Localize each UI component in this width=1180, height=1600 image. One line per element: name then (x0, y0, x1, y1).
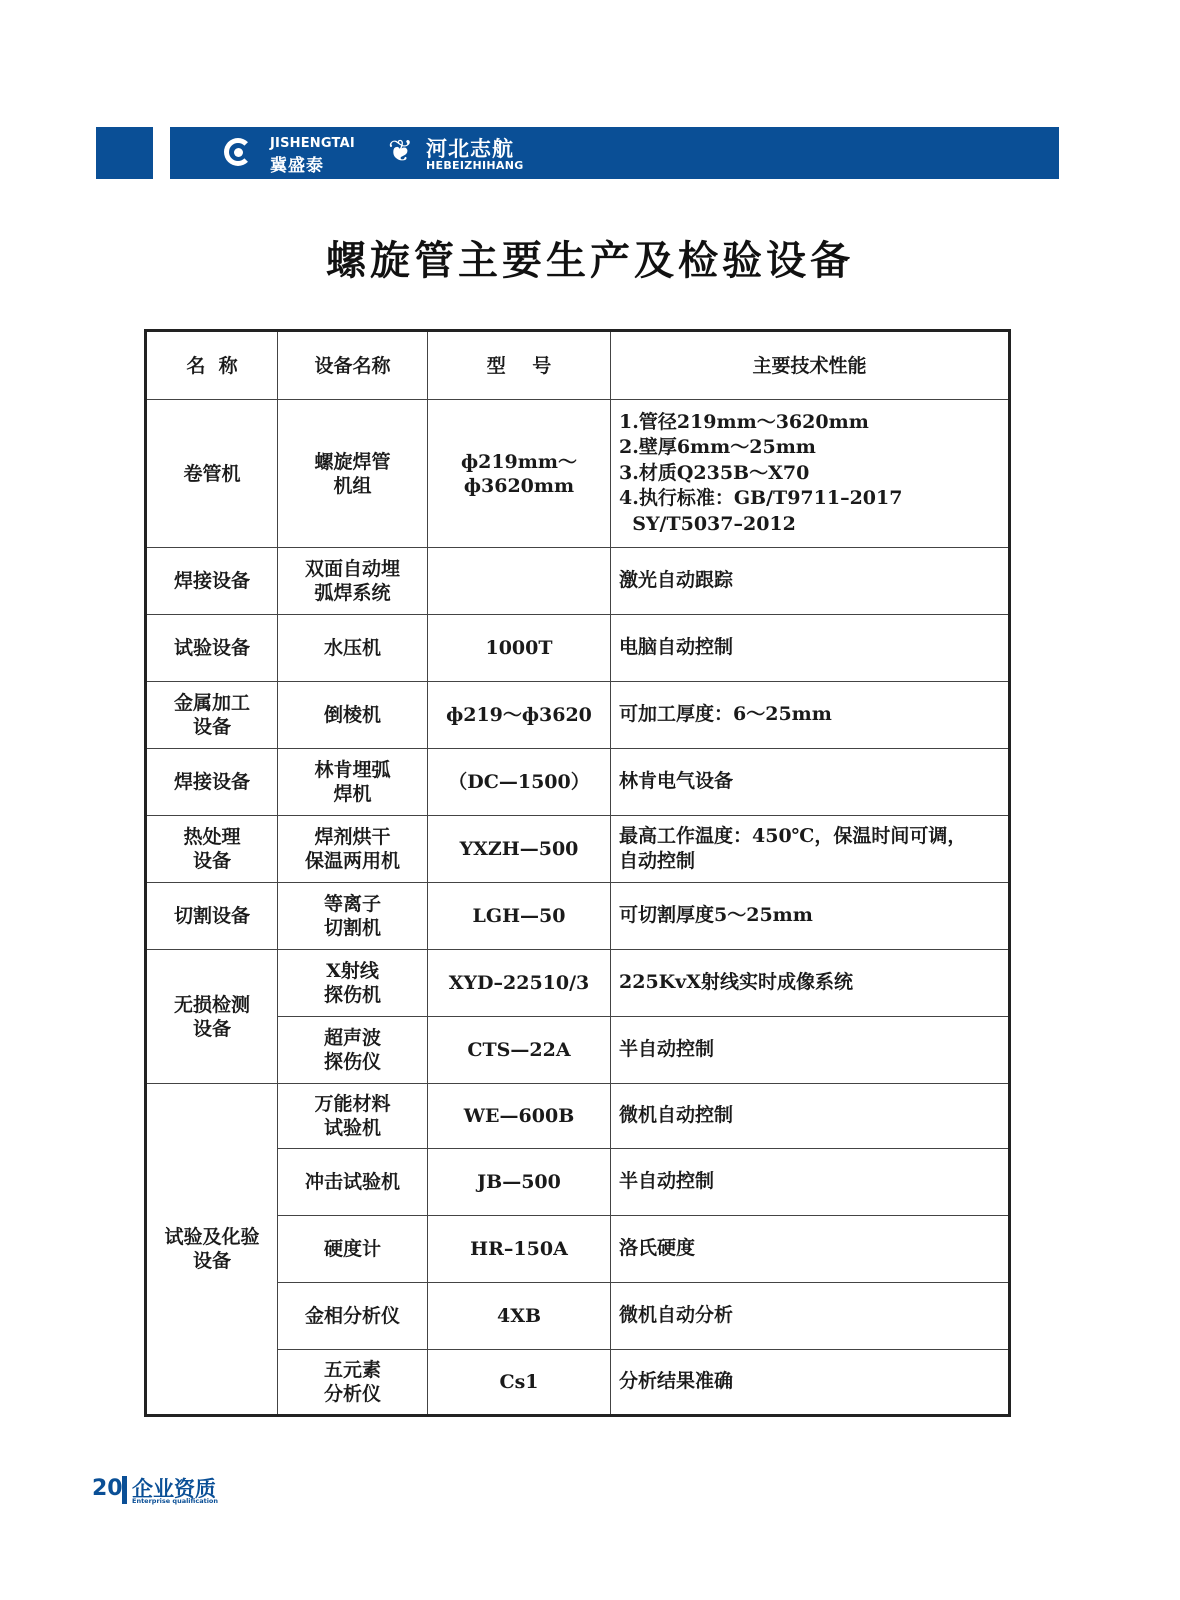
brand1-en: JISHENGTAI (270, 136, 355, 151)
spec-cell-line: 微机自动分析 (619, 1303, 1008, 1329)
model-cell-line: ф219mm～ (428, 450, 610, 474)
category-cell: 试验及化验 设备 (146, 1084, 278, 1416)
model-cell: JB—500 (428, 1149, 611, 1216)
table-row: 试验设备水压机1000T电脑自动控制 (146, 615, 1010, 682)
model-cell-line: JB—500 (428, 1170, 610, 1194)
equipment-cell-line: 水压机 (278, 636, 427, 660)
equipment-cell-line: 万能材料 (278, 1092, 427, 1116)
table-row: 金属加工 设备倒棱机ф219～ф3620可加工厚度：6～25mm (146, 682, 1010, 749)
page-title: 螺旋管主要生产及检验设备 (0, 229, 1180, 286)
brand1-cn: 冀盛泰 (270, 151, 324, 176)
spec-cell-line: 1.管径219mm～3620mm (619, 410, 1008, 436)
equipment-cell-line: 林肯埋弧 (278, 758, 427, 782)
equipment-cell: 倒棱机 (278, 682, 428, 749)
jishengtai-logo: JISHENGTAI 冀盛泰 (224, 135, 364, 171)
table-row: 切割设备等离子切割机LGH—50可切割厚度5～25mm (146, 883, 1010, 950)
category-cell: 焊接设备 (146, 548, 278, 615)
model-cell: ф219～ф3620 (428, 682, 611, 749)
spec-cell: 微机自动控制 (611, 1084, 1010, 1149)
equipment-cell: 超声波探伤仪 (278, 1017, 428, 1084)
footer-divider (122, 1476, 127, 1504)
spec-cell: 电脑自动控制 (611, 615, 1010, 682)
model-cell: YXZH—500 (428, 816, 611, 883)
model-cell-line: 4XB (428, 1304, 610, 1328)
equipment-cell: 冲击试验机 (278, 1149, 428, 1216)
equipment-cell-line: X射线 (278, 959, 427, 983)
equipment-cell: 焊剂烘干保温两用机 (278, 816, 428, 883)
spec-cell-line: 3.材质Q235B～X70 (619, 461, 1008, 487)
spec-cell-line: SY/T5037–2012 (619, 512, 1008, 538)
header-category: 名 称 (146, 331, 278, 400)
hebeizhihang-logo: ❦ 河北志航 HEBEIZHIHANG (388, 133, 538, 173)
model-cell: 1000T (428, 615, 611, 682)
model-cell: WE—600B (428, 1084, 611, 1149)
model-cell: （DC—1500） (428, 749, 611, 816)
equipment-cell-line: 试验机 (278, 1116, 427, 1140)
model-cell-line: ф219～ф3620 (428, 703, 610, 727)
category-cell: 热处理 设备 (146, 816, 278, 883)
equipment-cell-line: 分析仪 (278, 1382, 427, 1406)
bird-logo-icon: ❦ (388, 135, 413, 169)
equipment-cell-line: 等离子 (278, 892, 427, 916)
category-cell: 焊接设备 (146, 749, 278, 816)
model-cell-line: （DC—1500） (428, 770, 610, 794)
model-cell: LGH—50 (428, 883, 611, 950)
model-cell-line: Cs1 (428, 1370, 610, 1394)
model-cell-line: WE—600B (428, 1104, 610, 1128)
spec-cell-line: 自动控制 (619, 849, 1008, 875)
equipment-cell-line: 焊剂烘干 (278, 825, 427, 849)
category-cell: 切割设备 (146, 883, 278, 950)
equipment-cell: 水压机 (278, 615, 428, 682)
spec-cell: 洛氏硬度 (611, 1216, 1010, 1283)
equipment-cell-line: 机组 (278, 474, 427, 498)
table-row: 试验及化验 设备万能材料试验机WE—600B微机自动控制 (146, 1084, 1010, 1149)
spec-cell: 分析结果准确 (611, 1350, 1010, 1416)
category-cell: 无损检测 设备 (146, 950, 278, 1084)
equipment-cell-line: 弧焊系统 (278, 581, 427, 605)
equipment-cell: 万能材料试验机 (278, 1084, 428, 1149)
spec-cell-line: 激光自动跟踪 (619, 568, 1008, 594)
section-title-en: Enterprise qualification (132, 1497, 218, 1505)
equipment-cell-line: 探伤机 (278, 983, 427, 1007)
spec-cell: 微机自动分析 (611, 1283, 1010, 1350)
equipment-cell-line: 金相分析仪 (278, 1304, 427, 1328)
model-cell-line: 1000T (428, 636, 610, 660)
model-cell: XYD–22510/3 (428, 950, 611, 1017)
equipment-cell-line: 切割机 (278, 916, 427, 940)
category-cell: 试验设备 (146, 615, 278, 682)
spec-cell-line: 可切割厚度5～25mm (619, 903, 1008, 929)
equipment-cell: 林肯埋弧焊机 (278, 749, 428, 816)
spec-cell: 半自动控制 (611, 1017, 1010, 1084)
equipment-cell-line: 五元素 (278, 1358, 427, 1382)
equipment-cell-line: 倒棱机 (278, 703, 427, 727)
equipment-cell-line: 双面自动埋 (278, 557, 427, 581)
spec-cell: 半自动控制 (611, 1149, 1010, 1216)
spec-cell: 林肯电气设备 (611, 749, 1010, 816)
model-cell: HR–150A (428, 1216, 611, 1283)
spec-cell: 可切割厚度5～25mm (611, 883, 1010, 950)
header-accent-block (96, 127, 153, 179)
table-row: 无损检测 设备X射线探伤机XYD–22510/3225KvX射线实时成像系统 (146, 950, 1010, 1017)
equipment-cell-line: 超声波 (278, 1026, 427, 1050)
model-cell-line: HR–150A (428, 1237, 610, 1261)
table-header-row: 名 称 设备名称 型 号 主要技术性能 (146, 331, 1010, 400)
spec-cell-line: 最高工作温度：450℃，保温时间可调， (619, 824, 1008, 850)
model-cell: CTS—22A (428, 1017, 611, 1084)
spec-cell: 激光自动跟踪 (611, 548, 1010, 615)
spec-cell-line: 林肯电气设备 (619, 769, 1008, 795)
model-cell-line: ф3620mm (428, 474, 610, 498)
spec-cell-line: 微机自动控制 (619, 1103, 1008, 1129)
equipment-cell: 金相分析仪 (278, 1283, 428, 1350)
equipment-cell-line: 冲击试验机 (278, 1170, 427, 1194)
spec-cell: 最高工作温度：450℃，保温时间可调，自动控制 (611, 816, 1010, 883)
equipment-cell: 螺旋焊管机组 (278, 400, 428, 548)
spec-cell-line: 225KvX射线实时成像系统 (619, 970, 1008, 996)
spec-cell: 225KvX射线实时成像系统 (611, 950, 1010, 1017)
equipment-cell: 硬度计 (278, 1216, 428, 1283)
header-bar: JISHENGTAI 冀盛泰 ❦ 河北志航 HEBEIZHIHANG (170, 127, 1059, 179)
header-equipment: 设备名称 (278, 331, 428, 400)
model-cell (428, 548, 611, 615)
equipment-table: 名 称 设备名称 型 号 主要技术性能 卷管机螺旋焊管机组ф219mm～ф362… (144, 329, 1011, 1417)
equipment-cell-line: 硬度计 (278, 1237, 427, 1261)
model-cell-line: CTS—22A (428, 1038, 610, 1062)
category-cell: 卷管机 (146, 400, 278, 548)
table-row: 热处理 设备焊剂烘干保温两用机YXZH—500最高工作温度：450℃，保温时间可… (146, 816, 1010, 883)
spec-cell-line: 半自动控制 (619, 1169, 1008, 1195)
spec-cell-line: 4.执行标准：GB/T9711–2017 (619, 486, 1008, 512)
equipment-cell-line: 螺旋焊管 (278, 450, 427, 474)
spec-cell-line: 洛氏硬度 (619, 1236, 1008, 1262)
table-row: 卷管机螺旋焊管机组ф219mm～ф3620mm1.管径219mm～3620mm2… (146, 400, 1010, 548)
model-cell: ф219mm～ф3620mm (428, 400, 611, 548)
spec-cell-line: 半自动控制 (619, 1037, 1008, 1063)
equipment-cell: 五元素分析仪 (278, 1350, 428, 1416)
model-cell-line: XYD–22510/3 (428, 971, 610, 995)
equipment-cell-line: 探伤仪 (278, 1050, 427, 1074)
table-row: 焊接设备双面自动埋弧焊系统激光自动跟踪 (146, 548, 1010, 615)
equipment-cell: 双面自动埋弧焊系统 (278, 548, 428, 615)
spec-cell: 1.管径219mm～3620mm2.壁厚6mm～25mm3.材质Q235B～X7… (611, 400, 1010, 548)
page-number: 20 (92, 1476, 123, 1501)
spec-cell: 可加工厚度：6～25mm (611, 682, 1010, 749)
model-cell-line: YXZH—500 (428, 837, 610, 861)
brand2-en: HEBEIZHIHANG (426, 159, 524, 172)
equipment-cell: 等离子切割机 (278, 883, 428, 950)
header-spec: 主要技术性能 (611, 331, 1010, 400)
equipment-cell: X射线探伤机 (278, 950, 428, 1017)
header-model: 型 号 (428, 331, 611, 400)
spec-cell-line: 可加工厚度：6～25mm (619, 702, 1008, 728)
table-row: 焊接设备林肯埋弧焊机（DC—1500）林肯电气设备 (146, 749, 1010, 816)
model-cell: 4XB (428, 1283, 611, 1350)
equipment-cell-line: 焊机 (278, 782, 427, 806)
category-cell: 金属加工 设备 (146, 682, 278, 749)
ring-logo-icon (224, 138, 252, 166)
model-cell: Cs1 (428, 1350, 611, 1416)
spec-cell-line: 电脑自动控制 (619, 635, 1008, 661)
spec-cell-line: 2.壁厚6mm～25mm (619, 435, 1008, 461)
spec-cell-line: 分析结果准确 (619, 1369, 1008, 1395)
equipment-cell-line: 保温两用机 (278, 849, 427, 873)
model-cell-line: LGH—50 (428, 904, 610, 928)
